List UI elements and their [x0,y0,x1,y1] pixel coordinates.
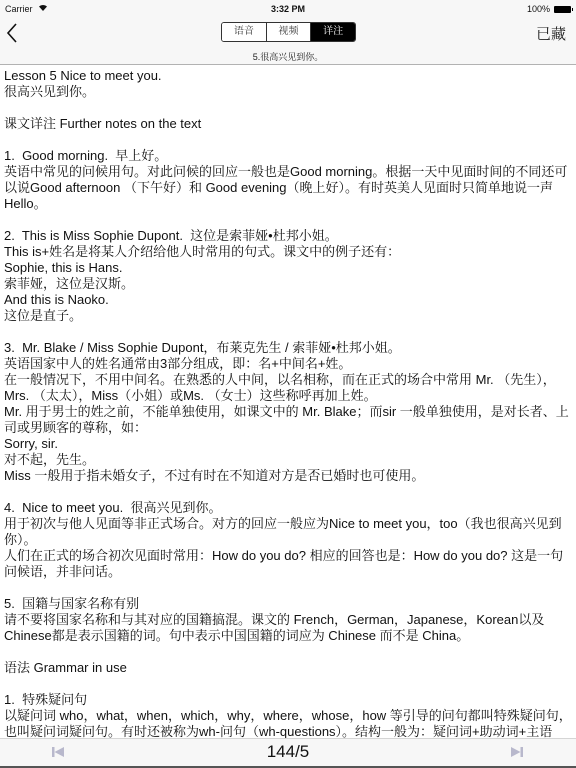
text-line: 在一般情况下，不用中间名。在熟悉的人中间，以名相称，而在正式的场合中常用 Mr.… [4,372,572,404]
status-bar: Carrier 3:32 PM 100% [0,0,576,20]
notes-text: Lesson 5 Nice to meet you.很高兴见到你。课文详注 Fu… [4,68,572,741]
segmented-control: 语音 视频 详注 [221,22,356,42]
text-line: Sorry, sir. [4,436,572,452]
text-line: 2. This is Miss Sophie Dupont. 这位是索菲娅•杜邦… [4,228,572,244]
text-line: 1. 特殊疑问句 [4,692,572,708]
text-line: 语法 Grammar in use [4,660,572,676]
text-line [4,212,572,228]
back-button[interactable] [6,22,18,44]
chevron-left-icon [6,22,18,44]
bookmarked-button[interactable]: 已藏 [536,23,566,44]
tab-notes[interactable]: 详注 [311,23,355,41]
text-line: 人们在正式的场合初次见面时常用：How do you do? 相应的回答也是：H… [4,548,572,580]
text-line [4,132,572,148]
text-line: 索菲娅，这位是汉斯。 [4,276,572,292]
text-line [4,324,572,340]
battery-percentage: 100% [527,4,550,14]
text-line: 很高兴见到你。 [4,84,572,100]
text-line: And this is Naoko. [4,292,572,308]
text-line: 课文详注 Further notes on the text [4,116,572,132]
text-line: Mr. 用于男士的姓之前，不能单独使用，如课文中的 Mr. Blake；而sir… [4,404,572,436]
tab-audio[interactable]: 语音 [222,23,267,41]
text-line: Lesson 5 Nice to meet you. [4,68,572,84]
battery-icon [554,6,571,13]
text-line: Miss 一般用于指未婚女子，不过有时在不知道对方是否已婚时也可使用。 [4,468,572,484]
text-line [4,676,572,692]
page-counter: 144/5 [0,742,576,762]
next-page-button[interactable] [510,745,524,757]
text-line [4,100,572,116]
text-line: 以疑问词 who，what，when，which，why，where，whose… [4,708,572,741]
text-line: 3. Mr. Blake / Miss Sophie Dupont，布莱克先生 … [4,340,572,356]
text-line [4,580,572,596]
lesson-subtitle: 5.很高兴见到你。 [0,50,576,63]
bottom-toolbar: 144/5 [0,738,576,768]
text-line: 请不要将国家名称和与其对应的国籍搞混。课文的 French，German，Jap… [4,612,572,644]
clock: 3:32 PM [0,4,576,14]
skip-next-icon [510,746,524,758]
text-line: 用于初次与他人见面等非正式场合。对方的回应一般应为Nice to meet yo… [4,516,572,548]
notes-content[interactable]: Lesson 5 Nice to meet you.很高兴见到你。课文详注 Fu… [0,68,576,741]
text-line: 英语国家中人的姓名通常由3部分组成，即：名+中间名+姓。 [4,356,572,372]
text-line: 这位是直子。 [4,308,572,324]
tab-video[interactable]: 视频 [267,23,312,41]
text-line [4,484,572,500]
text-line: This is+姓名是将某人介绍给他人时常用的句式。课文中的例子还有： [4,244,572,260]
text-line: Sophie, this is Hans. [4,260,572,276]
text-line: 对不起，先生。 [4,452,572,468]
text-line: 4. Nice to meet you. 很高兴见到你。 [4,500,572,516]
navigation-bar: 语音 视频 详注 已藏 5.很高兴见到你。 [0,20,576,65]
text-line: 5. 国籍与国家名称有别 [4,596,572,612]
text-line: 英语中常见的问候用句。对此问候的回应一般也是Good morning。根据一天中… [4,164,572,212]
text-line: 1. Good morning. 早上好。 [4,148,572,164]
text-line [4,644,572,660]
